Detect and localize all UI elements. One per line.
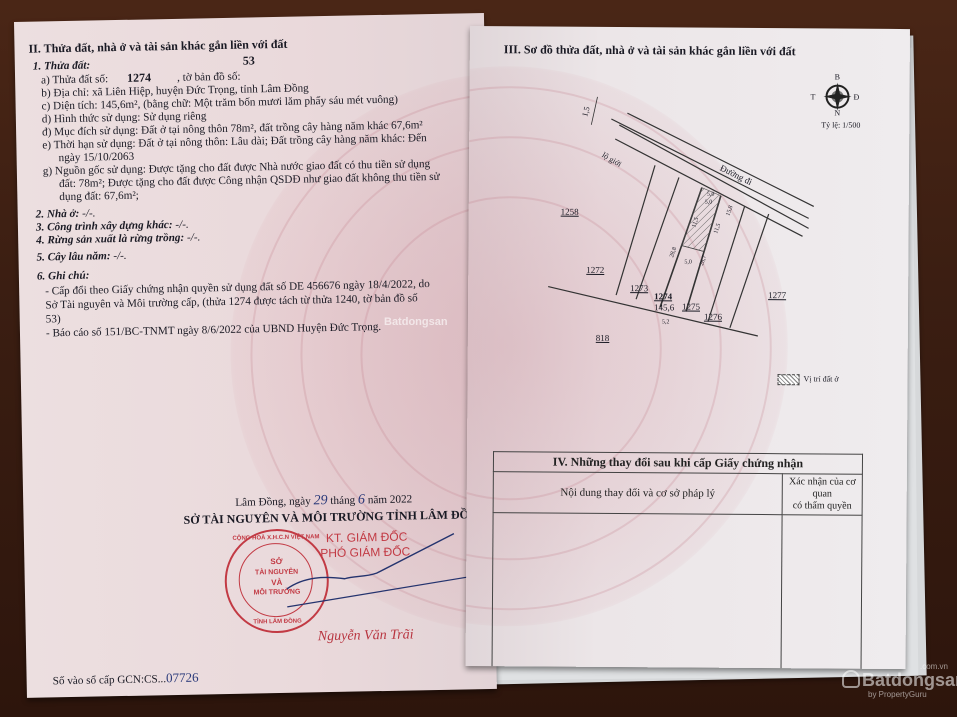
certificate-right-page: III. Sơ đồ thửa đất, nhà ở và tài sản kh…	[466, 26, 910, 669]
center-watermark: Batdongsan	[384, 316, 448, 328]
registry-value: 07726	[166, 670, 199, 686]
parcel-label: 1272	[586, 263, 604, 277]
dimension-label: 5,2	[662, 315, 670, 329]
column-header-authority: Xác nhận của cơ quan có thẩm quyền	[782, 474, 862, 516]
dimension-label: 5,0	[705, 196, 713, 210]
parcel-label: 1258	[561, 205, 579, 219]
parcel-label: 1273	[630, 281, 648, 295]
changes-table-title: IV. Những thay đổi sau khi cấp Giấy chứn…	[493, 452, 862, 475]
header-line: có thẩm quyền	[793, 500, 852, 511]
registry-label: Số vào sổ cấp GCN:CS...	[53, 673, 167, 687]
brand-watermark: Batdongsan	[862, 670, 957, 691]
signer-name: Nguyễn Văn Trãi	[318, 628, 414, 644]
column-header-content: Nội dung thay đổi và cơ sở pháp lý	[493, 472, 782, 515]
legend-label: Vị trí đất ở	[803, 372, 838, 386]
parcel-label: 1276	[704, 310, 722, 324]
brand-sub: by PropertyGuru	[868, 690, 927, 699]
certificate-left-page: II. Thửa đất, nhà ở và tài sản khác gắn …	[14, 13, 497, 698]
batdongsan-logo-icon	[842, 670, 860, 688]
parcel-label: 818	[596, 331, 610, 345]
changes-table: IV. Những thay đổi sau khi cấp Giấy chứn…	[491, 451, 863, 669]
registry-number: Số vào sổ cấp GCN:CS...07726	[53, 671, 199, 689]
changes-content-cell	[492, 513, 782, 669]
dimension-label: 5,0	[684, 256, 692, 270]
parcel-label: 1275	[682, 299, 700, 313]
header-line: Xác nhận của cơ quan	[789, 476, 856, 499]
signature-strokes	[14, 13, 497, 698]
parcel-label: 1277	[768, 288, 786, 302]
brand-domain: .com.vn	[920, 662, 948, 671]
subject-parcel-area: 145,6	[654, 300, 674, 314]
changes-authority-cell	[781, 515, 862, 669]
legend-hatch-swatch	[778, 374, 800, 385]
